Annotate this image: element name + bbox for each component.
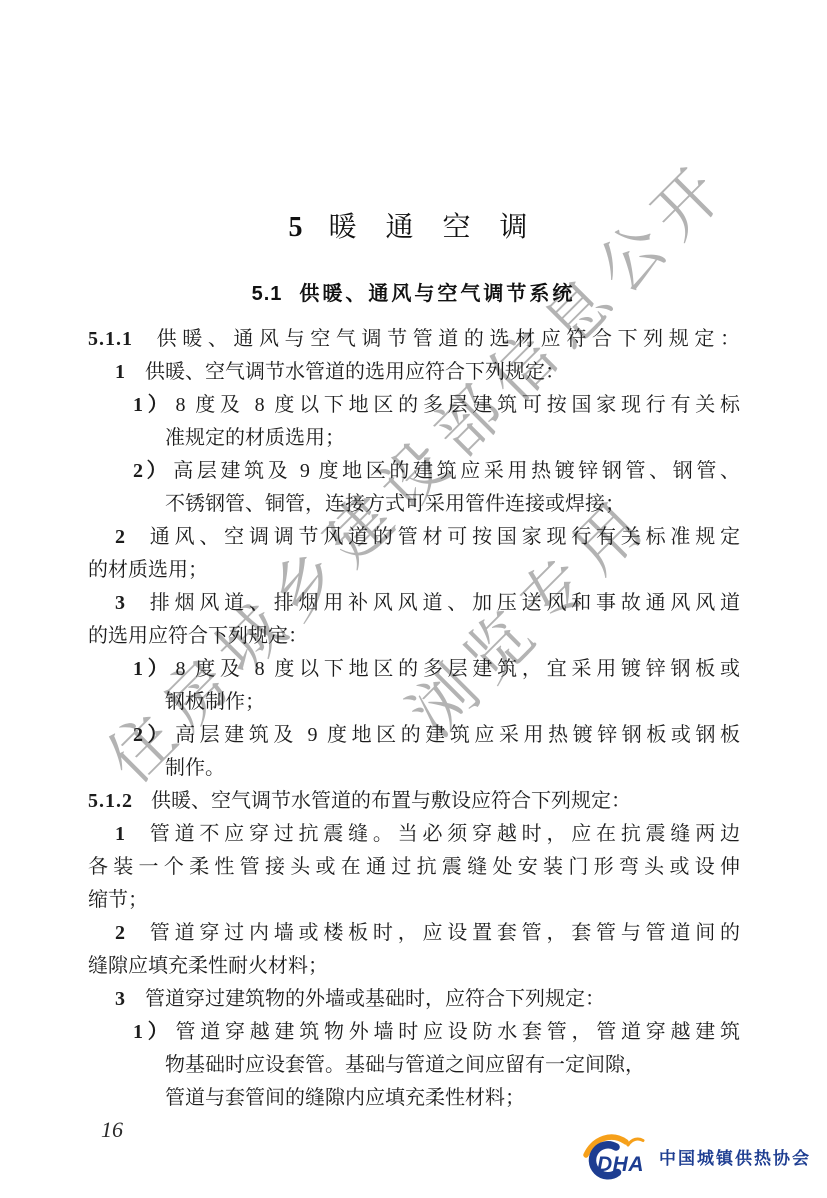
line-text: 的材质选用； (88, 559, 208, 581)
text-line: 的选用应符合下列规定： (88, 620, 740, 653)
line-text: 管道穿过内墙或楼板时，应设置套管，套管与管道间的 (145, 922, 740, 944)
body-lines: 5.1.1供暖、通风与空气调节管道的选材应符合下列规定：1供暖、空气调节水管道的… (88, 323, 740, 1115)
section-title: 5.1供暖、通风与空气调节系统 (0, 277, 827, 306)
clause-number: 2） (133, 724, 172, 746)
chapter-title: 5暖 通 空 调 (0, 205, 827, 245)
line-text: 各装一个柔性管接头或在通过抗震缝处安装门形弯头或设伸 (88, 856, 740, 878)
text-line: 的材质选用； (88, 554, 740, 587)
line-text: 通风、空调调节风道的管材可按国家现行有关标准规定 (145, 526, 740, 548)
text-line: 1）管道穿越建筑物外墙时应设防水套管，管道穿越建筑 (133, 1016, 740, 1049)
line-text: 缝隙应填充柔性耐火材料； (88, 955, 328, 977)
text-line: 钢板制作； (165, 686, 740, 719)
line-text: 8 度及 8 度以下地区的多层建筑，宜采用镀锌钢板或 (176, 658, 740, 680)
line-text: 管道穿过建筑物的外墙或基础时，应符合下列规定： (145, 988, 605, 1010)
line-text: 物基础时应设套管。基础与管道之间应留有一定间隙， (165, 1054, 645, 1076)
line-text: 准规定的材质选用； (165, 427, 345, 449)
logo-org-name: 中国城镇供热协会 (659, 1144, 811, 1169)
clause-number: 3 (115, 592, 125, 614)
document-page: 住房城乡建设部信息公开 浏览专用 5暖 通 空 调 5.1供暖、通风与空气调节系… (0, 0, 827, 1198)
line-text: 管道与套管间的缝隙内应填充柔性材料； (165, 1087, 525, 1109)
text-line: 管道与套管间的缝隙内应填充柔性材料； (165, 1082, 740, 1115)
text-line: 2）高层建筑及 9 度地区的建筑应采用热镀锌钢管、钢管、 (133, 455, 740, 488)
line-text: 高层建筑及 9 度地区的建筑应采用热镀锌钢板或钢板 (175, 724, 740, 746)
logo-orange-arc-small (628, 1139, 643, 1145)
clause-number: 1 (115, 361, 125, 383)
cdha-logo-mark: DHA (581, 1130, 653, 1182)
page-number: 16 (101, 1117, 123, 1143)
text-line: 各装一个柔性管接头或在通过抗震缝处安装门形弯头或设伸 (88, 851, 740, 884)
text-line: 1管道不应穿过抗震缝。当必须穿越时，应在抗震缝两边 (115, 818, 740, 851)
clause-number: 1） (133, 658, 173, 680)
line-text: 供暖、空气调节水管道的选用应符合下列规定： (145, 361, 565, 383)
text-line: 2）高层建筑及 9 度地区的建筑应采用热镀锌钢板或钢板 (133, 719, 740, 752)
clause-number: 2 (115, 526, 125, 548)
logo-acronym: DHA (597, 1153, 644, 1176)
line-text: 管道穿越建筑物外墙时应设防水套管，管道穿越建筑 (176, 1021, 741, 1043)
clause-number: 2） (133, 460, 170, 482)
text-line: 物基础时应设套管。基础与管道之间应留有一定间隙， (165, 1049, 740, 1082)
line-text: 排烟风道、排烟用补风风道、加压送风和事故通风风道 (145, 592, 740, 614)
clause-number: 5.1.2 (88, 790, 133, 812)
clause-number: 1 (115, 823, 125, 845)
text-line: 1）8 度及 8 度以下地区的多层建筑可按国家现行有关标 (133, 389, 740, 422)
clause-number: 5.1.1 (88, 328, 133, 350)
line-text: 的选用应符合下列规定： (88, 625, 308, 647)
clause-number: 2 (115, 922, 125, 944)
text-line: 准规定的材质选用； (165, 422, 740, 455)
clause-number: 3 (115, 988, 125, 1010)
line-text: 供暖、通风与空气调节管道的选材应符合下列规定： (151, 328, 740, 350)
text-line: 缩节； (88, 884, 740, 917)
text-line: 制作。 (165, 752, 740, 785)
text-line: 5.1.2供暖、空气调节水管道的布置与敷设应符合下列规定： (88, 785, 740, 818)
chapter-title-text: 暖 通 空 调 (328, 212, 538, 243)
text-line: 1供暖、空气调节水管道的选用应符合下列规定： (115, 356, 740, 389)
text-line: 5.1.1供暖、通风与空气调节管道的选材应符合下列规定： (88, 323, 740, 356)
line-text: 管道不应穿过抗震缝。当必须穿越时，应在抗震缝两边 (145, 823, 740, 845)
section-title-text: 供暖、通风与空气调节系统 (299, 283, 575, 305)
chapter-number: 5 (288, 212, 302, 243)
text-line: 2通风、空调调节风道的管材可按国家现行有关标准规定 (115, 521, 740, 554)
section-number: 5.1 (252, 283, 283, 305)
clause-number: 1） (133, 394, 173, 416)
line-text: 供暖、空气调节水管道的布置与敷设应符合下列规定： (151, 790, 631, 812)
line-text: 高层建筑及 9 度地区的建筑应采用热镀锌钢管、钢管、 (173, 460, 740, 482)
line-text: 缩节； (88, 889, 148, 911)
line-text: 8 度及 8 度以下地区的多层建筑可按国家现行有关标 (176, 394, 740, 416)
text-line: 3排烟风道、排烟用补风风道、加压送风和事故通风风道 (115, 587, 740, 620)
text-line: 缝隙应填充柔性耐火材料； (88, 950, 740, 983)
text-line: 不锈钢管、铜管，连接方式可采用管件连接或焊接； (165, 488, 740, 521)
line-text: 钢板制作； (165, 691, 265, 713)
line-text: 制作。 (165, 757, 225, 779)
text-line: 3管道穿过建筑物的外墙或基础时，应符合下列规定： (115, 983, 740, 1016)
cdha-logo: DHA 中国城镇供热协会 (581, 1130, 811, 1182)
text-line: 2管道穿过内墙或楼板时，应设置套管，套管与管道间的 (115, 917, 740, 950)
text-line: 1）8 度及 8 度以下地区的多层建筑，宜采用镀锌钢板或 (133, 653, 740, 686)
clause-number: 1） (133, 1021, 173, 1043)
line-text: 不锈钢管、铜管，连接方式可采用管件连接或焊接； (165, 493, 625, 515)
